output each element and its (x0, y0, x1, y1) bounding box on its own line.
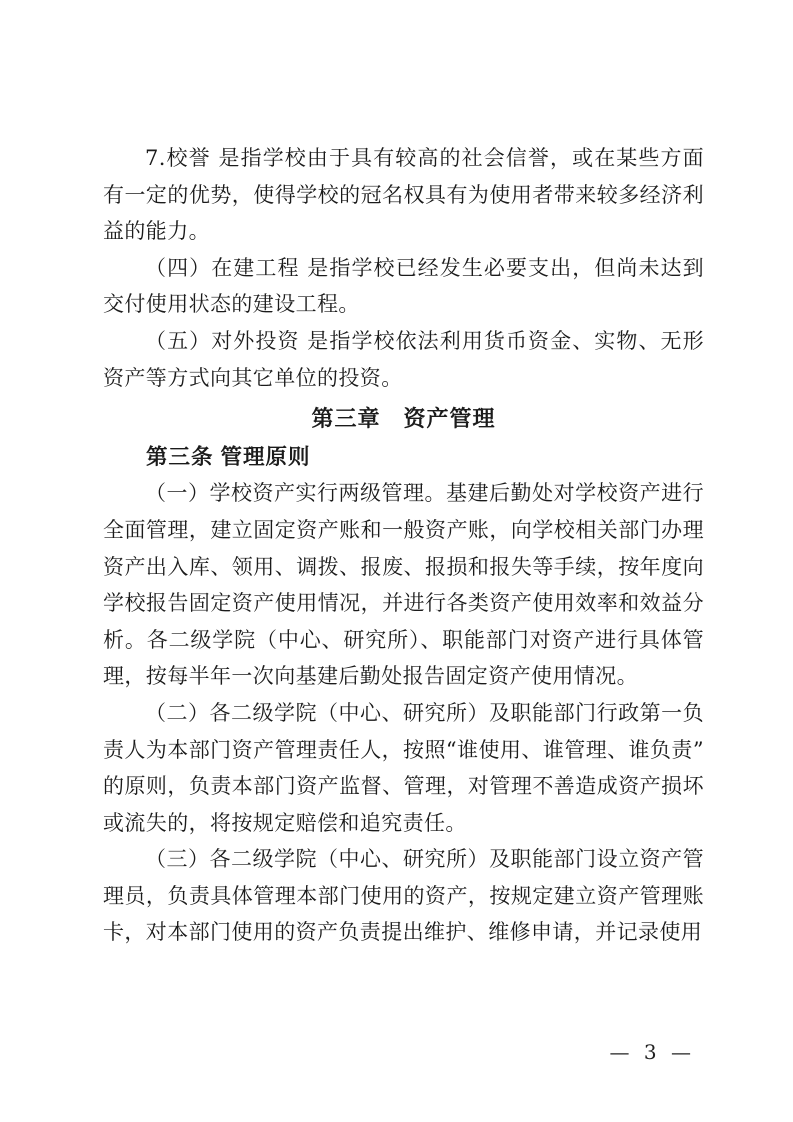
para-item-3-asset-administrators: （三）各二级学院（中心、研究所）及职能部门设立资产管理员，负责具体管理本部门使用… (103, 841, 704, 951)
document-page: 7.校誉 是指学校由于具有较高的社会信誉，或在某些方面有一定的优势，使得学校的冠… (0, 0, 793, 1122)
para-item-1-two-level-management: （一）学校资产实行两级管理。基建后勤处对学校资产进行全面管理，建立固定资产账和一… (103, 475, 704, 695)
para-external-investment: （五）对外投资 是指学校依法利用货币资金、实物、无形资产等方式向其它单位的投资。 (103, 323, 704, 396)
para-school-reputation: 7.校誉 是指学校由于具有较高的社会信誉，或在某些方面有一定的优势，使得学校的冠… (103, 140, 704, 250)
para-item-2-responsibility: （二）各二级学院（中心、研究所）及职能部门行政第一负责人为本部门资产管理责任人，… (103, 695, 704, 841)
document-body: 7.校誉 是指学校由于具有较高的社会信誉，或在某些方面有一定的优势，使得学校的冠… (103, 140, 704, 951)
chapter-3-title: 第三章 资产管理 (103, 401, 704, 438)
page-number: — 3 — (610, 1040, 695, 1064)
article-3-title: 第三条 管理原则 (103, 439, 704, 476)
para-construction-in-progress: （四）在建工程 是指学校已经发生必要支出，但尚未达到交付使用状态的建设工程。 (103, 250, 704, 323)
